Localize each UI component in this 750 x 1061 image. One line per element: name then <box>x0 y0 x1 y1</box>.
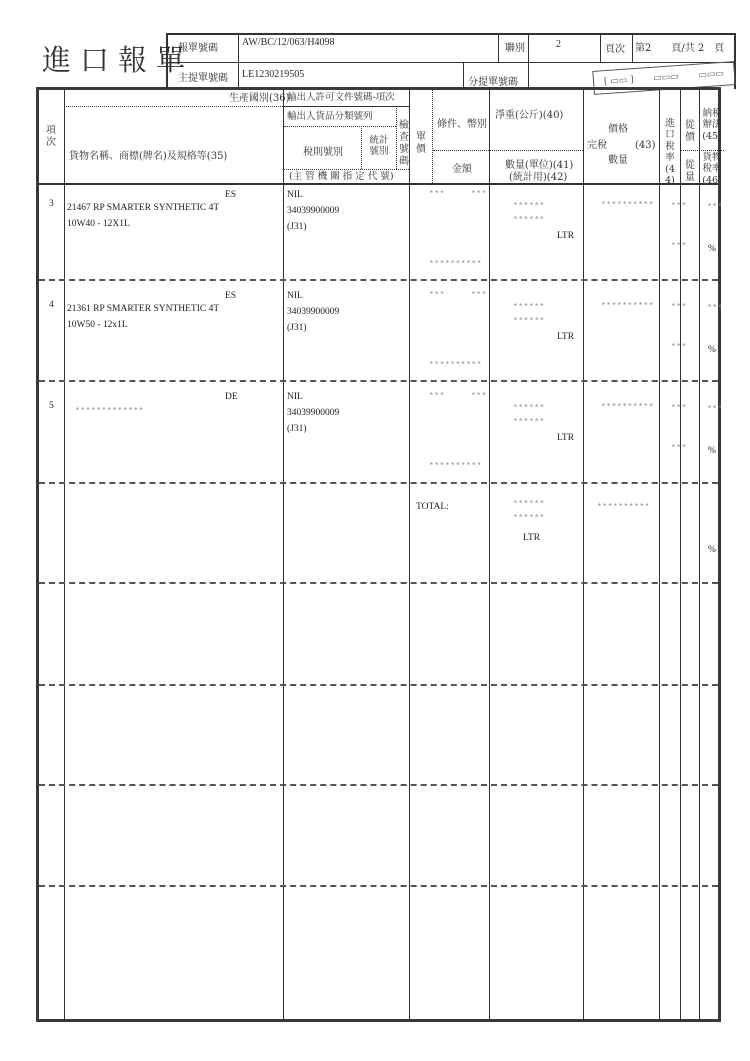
tariff-no: 34039900009 <box>287 206 339 216</box>
table-row: 3 ES 21467 RP SMARTER SYNTHETIC 4T 10W40… <box>39 186 718 281</box>
terms: *** <box>429 190 445 199</box>
declaration-no-label: 報單號碼 <box>178 39 218 54</box>
amount: ********** <box>429 462 482 471</box>
total-net-weight: ****** <box>513 500 545 509</box>
stamp-text: ▭▭▭ <box>653 72 679 84</box>
total-unit: LTR <box>523 533 540 543</box>
col-qty2: 數量 <box>608 155 628 167</box>
master-bl-label: 主提單號碼 <box>178 69 228 84</box>
col-unit-price: 單價 <box>415 132 427 156</box>
col-price: 價格 <box>608 124 628 136</box>
col-duty-paid-value: 完稅 <box>587 140 607 152</box>
divider <box>66 106 283 107</box>
duty-rate-ad-valorem: *** <box>671 202 687 211</box>
divider <box>284 126 396 127</box>
divider <box>680 150 724 151</box>
description-line2: 10W50 - 12x1L <box>67 320 128 330</box>
house-bl-label: 分提單號碼 <box>468 73 518 88</box>
row-divider <box>39 784 718 786</box>
divider <box>396 106 397 169</box>
declaration-no: AW/BC/12/063/H4098 <box>242 37 335 48</box>
export-permit: NIL <box>287 392 303 402</box>
divider <box>284 106 409 107</box>
currency: *** <box>471 190 487 199</box>
currency: *** <box>471 392 487 401</box>
col-divider <box>432 90 433 185</box>
col-43: (43) <box>635 140 656 152</box>
commodity-tax-rate: % <box>708 446 716 456</box>
unit: LTR <box>557 332 574 342</box>
tariff-no: 34039900009 <box>287 408 339 418</box>
duty-rate-specific: *** <box>671 343 687 352</box>
origin: ES <box>225 190 236 200</box>
master-bl: LE1230219505 <box>242 69 304 80</box>
duty-rate-specific: *** <box>671 242 687 251</box>
col-import-duty-rate: 進口稅率(44) <box>661 118 679 186</box>
page-value: 第2 頁/共 2 頁 <box>635 39 724 54</box>
duty-rate-specific: *** <box>671 444 687 453</box>
description-line1: ************* <box>75 407 144 416</box>
col-tariff-no: 稅則號別 <box>303 147 343 159</box>
col-amount: 金額 <box>452 164 472 176</box>
divider <box>433 150 583 151</box>
total-label: TOTAL: <box>416 502 449 512</box>
item-no: 3 <box>49 199 54 209</box>
divider <box>463 62 464 89</box>
description-line1: 21467 RP SMARTER SYNTHETIC 4T <box>67 203 219 213</box>
divider <box>600 35 601 62</box>
col-quantity: 數量(單位)(41) <box>505 160 573 172</box>
terms: *** <box>429 291 445 300</box>
stamp-text: [ ▭▭ ] <box>604 75 634 87</box>
net-weight: ****** <box>513 303 545 312</box>
total-pct: % <box>708 545 716 555</box>
col-origin: 生產國別(36) <box>229 93 290 105</box>
commodity-tax-rate: % <box>708 244 716 254</box>
duty-paid-value: ********** <box>601 302 654 311</box>
tax-method: *** <box>707 304 723 313</box>
commodity-tax-rate: % <box>708 345 716 355</box>
unit: LTR <box>557 433 574 443</box>
divider <box>498 35 499 62</box>
col-export-permit: 輸出人許可文件號碼-項次 <box>287 93 395 104</box>
agency-code: (J31) <box>287 222 307 232</box>
col-export-class: 輸出人貨品分類號列 <box>287 112 373 123</box>
terms: *** <box>429 392 445 401</box>
origin: DE <box>225 392 238 402</box>
origin: ES <box>225 291 236 301</box>
amount: ********** <box>429 260 482 269</box>
export-permit: NIL <box>287 190 303 200</box>
net-weight: ****** <box>513 202 545 211</box>
divider <box>632 35 633 62</box>
quantity: ****** <box>513 317 545 326</box>
col-terms-currency: 條件、幣別 <box>437 119 487 131</box>
total-quantity: ****** <box>513 514 545 523</box>
col-inspection-no: 檢查號碼 <box>398 120 410 168</box>
divider <box>238 35 239 89</box>
tariff-no: 34039900009 <box>287 307 339 317</box>
currency: *** <box>471 291 487 300</box>
duty-rate-ad-valorem: *** <box>671 404 687 413</box>
page-label: 頁次 <box>605 40 625 55</box>
export-permit: NIL <box>287 291 303 301</box>
amount: ********** <box>429 361 482 370</box>
description-line1: 21361 RP SMARTER SYNTHETIC 4T <box>67 304 219 314</box>
quantity: ****** <box>513 216 545 225</box>
row-divider <box>39 684 718 686</box>
row-divider <box>39 885 718 887</box>
table-row: 4 ES 21361 RP SMARTER SYNTHETIC 4T 10W50… <box>39 287 718 382</box>
stamp-text: ▭▭▭ <box>698 69 724 81</box>
duty-rate-ad-valorem: *** <box>671 303 687 312</box>
divider <box>168 62 734 63</box>
copy-value: 2 <box>556 39 561 50</box>
agency-code: (J31) <box>287 424 307 434</box>
tax-method: *** <box>707 405 723 414</box>
col-item-no: 項次 <box>45 125 57 149</box>
description-line2: 10W40 - 12X1L <box>67 219 130 229</box>
col-description: 貨物名稱、商標(牌名)及規格等(35) <box>69 151 227 163</box>
col-stat-qty: (統計用)(42) <box>509 172 567 184</box>
total-duty-paid-value: ********** <box>597 503 650 512</box>
quantity: ****** <box>513 418 545 427</box>
duty-paid-value: ********** <box>601 201 654 210</box>
col-agency-code: (主 管 機 關 指 定 代 號) <box>289 172 394 183</box>
duty-paid-value: ********** <box>601 403 654 412</box>
copy-label: 聯別 <box>505 39 525 54</box>
item-table: 項次 生產國別(36) 貨物名稱、商標(牌名)及規格等(35) 輸出人許可文件號… <box>36 87 721 1022</box>
col-stat-no: 統計號別 <box>367 135 391 158</box>
divider <box>284 169 409 170</box>
unit: LTR <box>557 231 574 241</box>
divider <box>361 126 362 169</box>
item-no: 4 <box>49 300 54 310</box>
col-tax-method: 納稅辦法(45) <box>702 108 722 142</box>
col-ad-valorem: 從價 <box>684 120 696 144</box>
net-weight: ****** <box>513 404 545 413</box>
col-commodity-tax-rate: 貨物稅率(46) <box>702 152 722 186</box>
divider <box>528 35 529 89</box>
item-no: 5 <box>49 401 54 411</box>
agency-code: (J31) <box>287 323 307 333</box>
tax-method: *** <box>707 203 723 212</box>
table-row: 5 DE ************* NIL 34039900009 (J31)… <box>39 388 718 483</box>
row-divider <box>39 582 718 584</box>
col-specific: 從量 <box>684 160 696 184</box>
col-net-weight: 淨重(公斤)(40) <box>495 110 563 122</box>
header-bottom <box>39 183 718 185</box>
